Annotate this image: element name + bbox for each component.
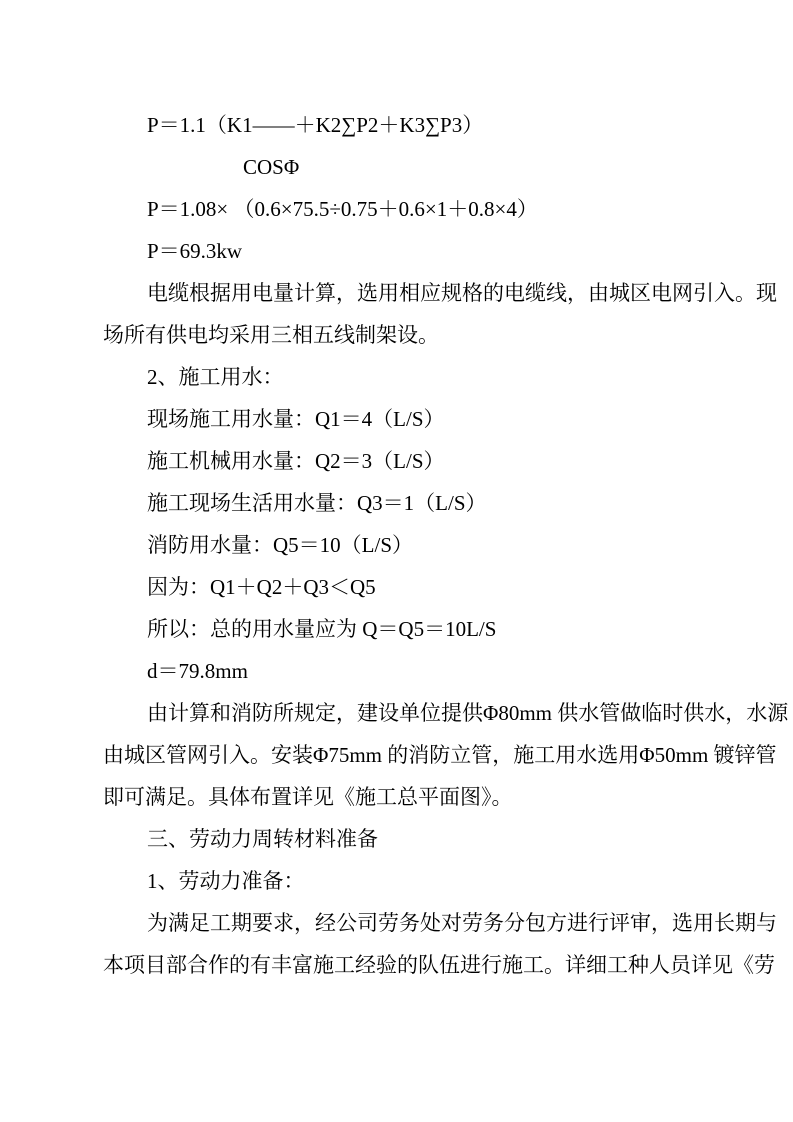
document-line: 三、劳动力周转材料准备 [103,818,793,860]
document-line: 所以：总的用水量应为 Q＝Q5＝10L/S [103,608,793,650]
document-line: 场所有供电均采用三相五线制架设。 [103,314,793,356]
document-line: 2、施工用水： [103,356,793,398]
document-line: P＝1.08× （0.6×75.5÷0.75＋0.6×1＋0.8×4） [103,188,793,230]
document-line: 因为：Q1＋Q2＋Q3＜Q5 [103,566,793,608]
document-line: 施工现场生活用水量：Q3＝1（L/S） [103,482,793,524]
document-line: P＝1.1（K1——＋K2∑P2＋K3∑P3） [103,104,793,146]
document-line: 现场施工用水量：Q1＝4（L/S） [103,398,793,440]
document-line: 为满足工期要求，经公司劳务处对劳务分包方进行评审，选用长期与 [103,902,793,944]
document-line: COSΦ [103,146,793,188]
document-line: 消防用水量：Q5＝10（L/S） [103,524,793,566]
document-page: P＝1.1（K1——＋K2∑P2＋K3∑P3）COSΦP＝1.08× （0.6×… [0,0,793,1122]
document-line: 即可满足。具体布置详见《施工总平面图》。 [103,776,793,818]
document-line: 由计算和消防所规定，建设单位提供Φ80mm 供水管做临时供水，水源 [103,692,793,734]
document-line: d＝79.8mm [103,650,793,692]
document-line: 电缆根据用电量计算，选用相应规格的电缆线，由城区电网引入。现 [103,272,793,314]
document-line: 施工机械用水量：Q2＝3（L/S） [103,440,793,482]
document-line: 本项目部合作的有丰富施工经验的队伍进行施工。详细工种人员详见《劳 [103,944,793,986]
document-line: P＝69.3kw [103,230,793,272]
document-line: 由城区管网引入。安装Φ75mm 的消防立管，施工用水选用Φ50mm 镀锌管 [103,734,793,776]
document-line: 1、劳动力准备： [103,860,793,902]
document-body: P＝1.1（K1——＋K2∑P2＋K3∑P3）COSΦP＝1.08× （0.6×… [103,104,793,986]
